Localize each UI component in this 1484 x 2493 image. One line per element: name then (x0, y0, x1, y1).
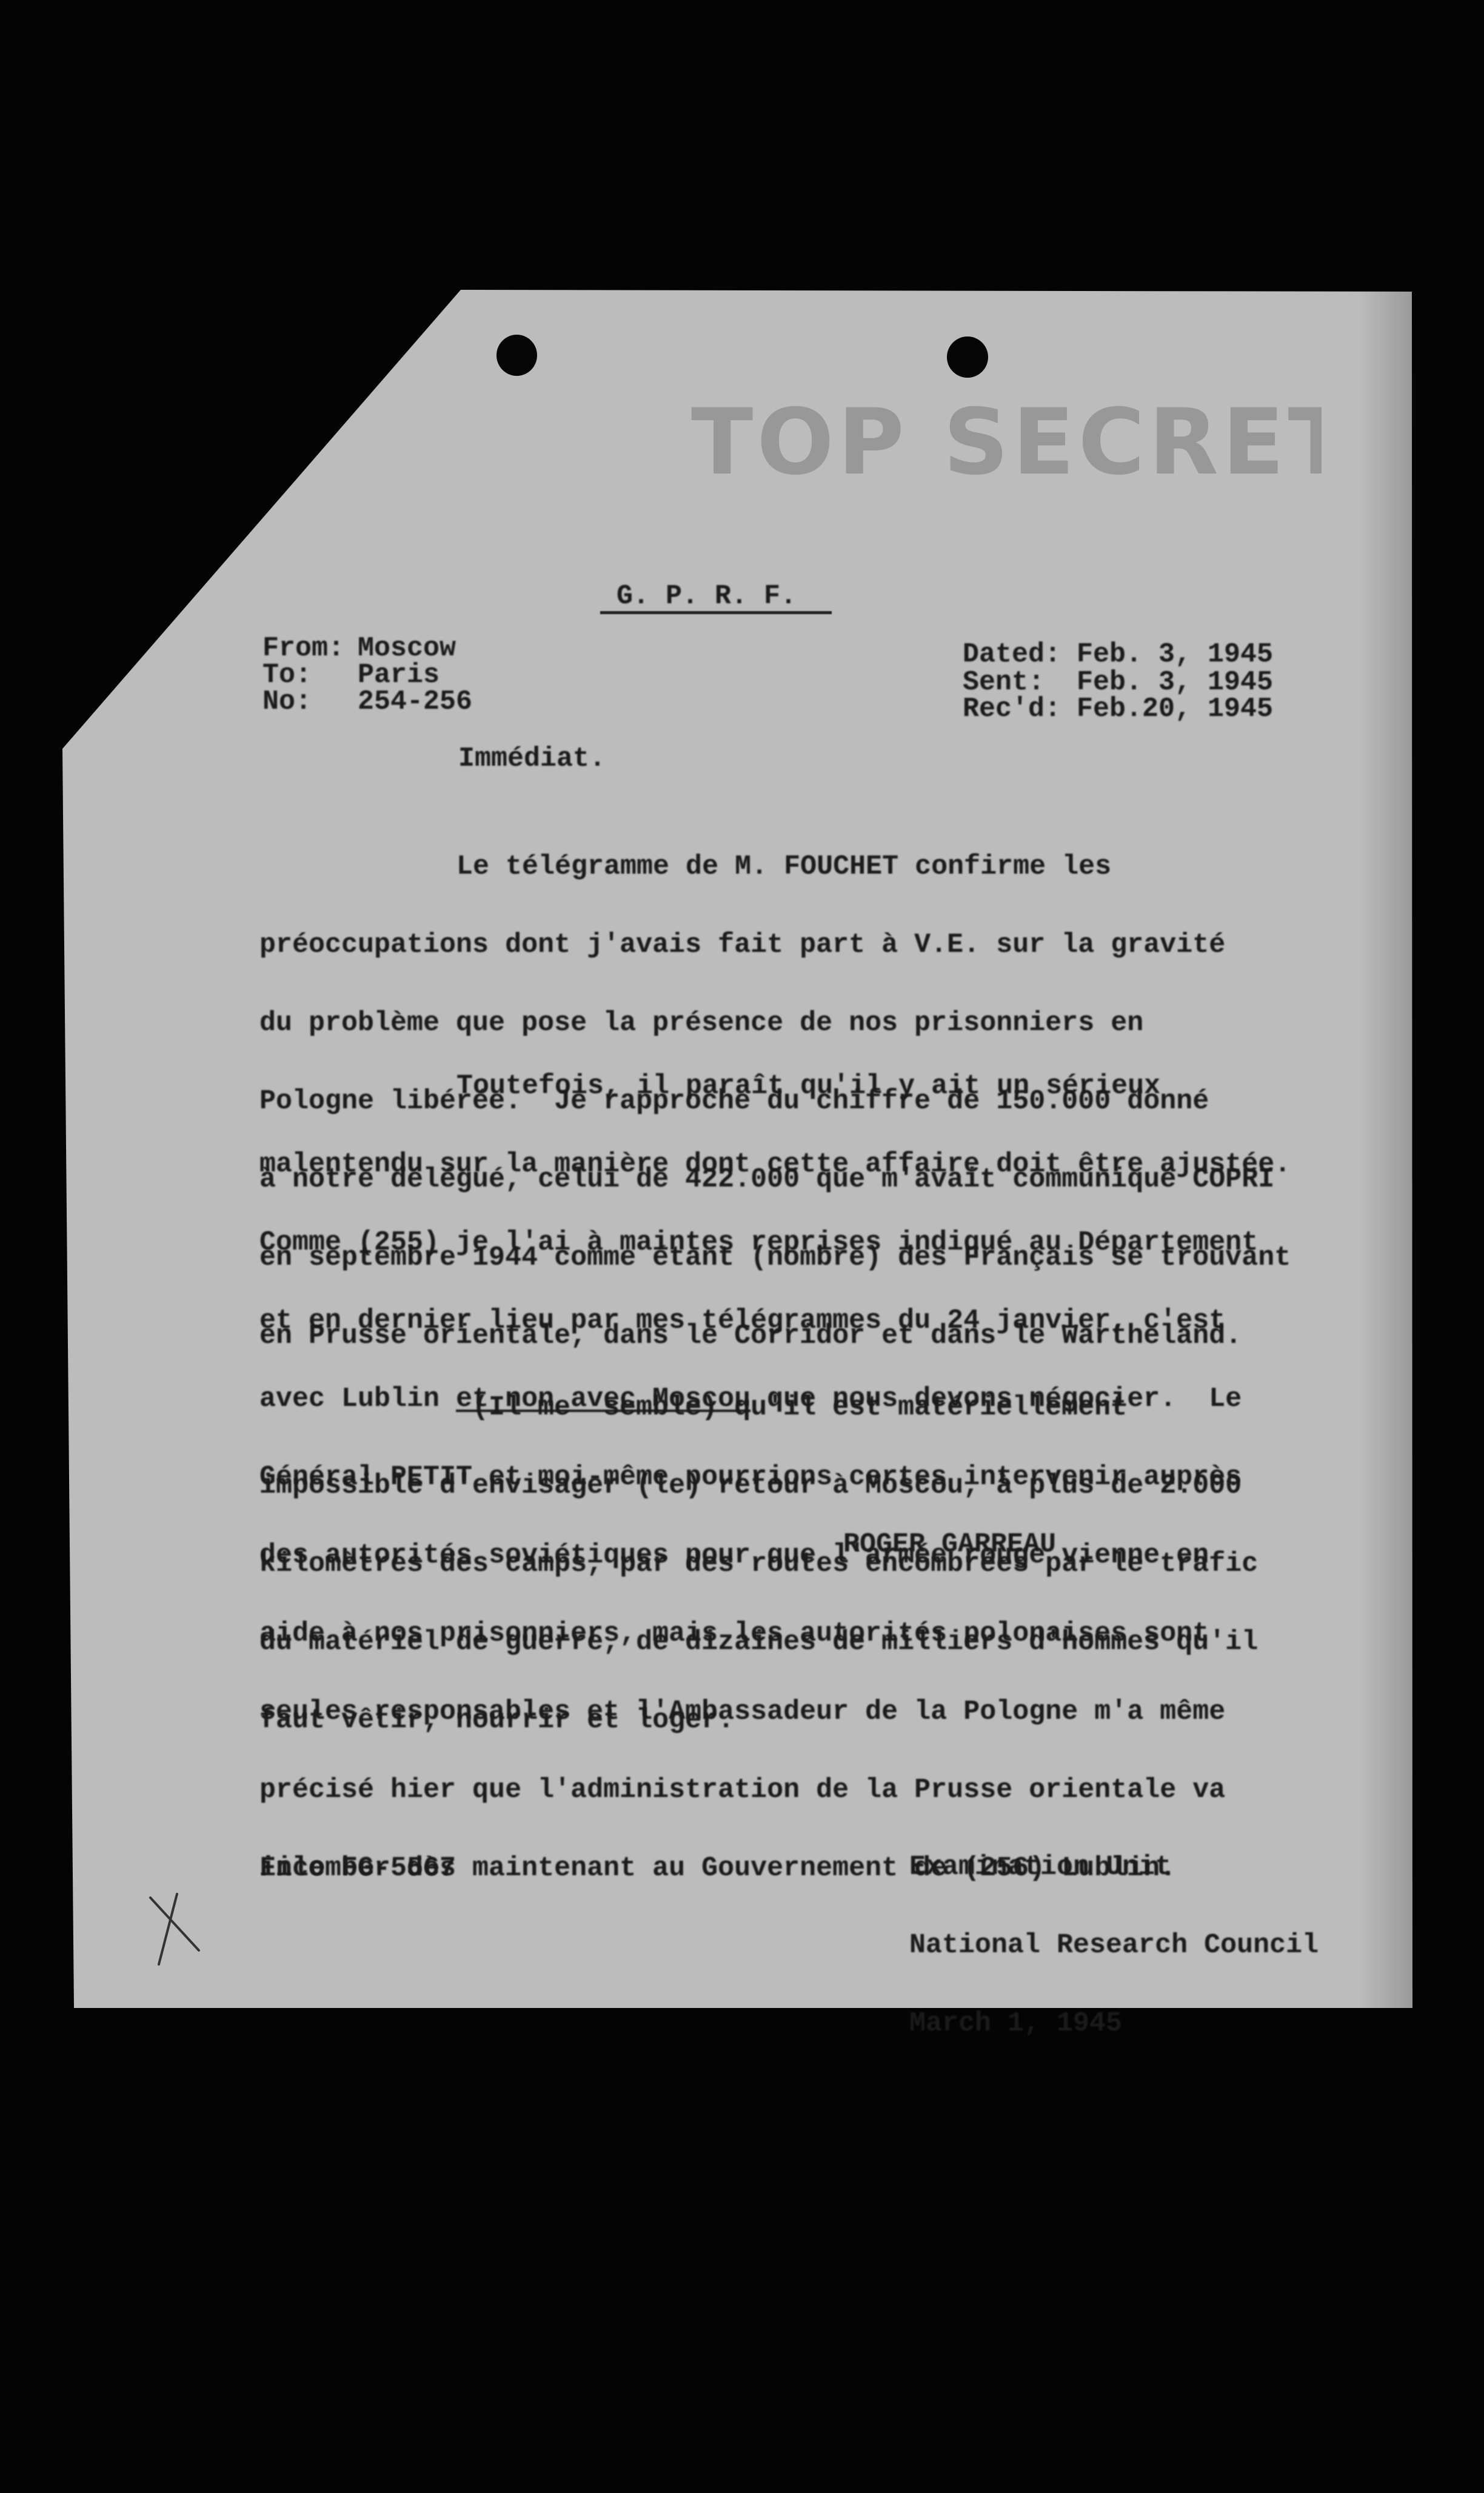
header-from-value: Moscow (358, 635, 456, 661)
text-line: Toutefois, il paraît qu'il y ait un séri… (259, 1073, 1291, 1099)
header-to-value: Paris (358, 662, 440, 688)
punch-hole-right (947, 336, 988, 378)
header-to-label: To: (262, 662, 312, 688)
header-sent-label: Sent: (963, 669, 1044, 695)
handwritten-x-mark (145, 1893, 206, 1969)
signature: ROGER GARREAU (843, 1531, 1056, 1558)
text-line: précisé hier que l'administration de la … (259, 1777, 1291, 1803)
header-from-label: From: (262, 635, 344, 661)
punch-hole-left (496, 335, 537, 376)
text-line: Comme (255) je l'ai à maintes reprises i… (259, 1230, 1291, 1256)
footer-line: Examination Unit (909, 1854, 1319, 1880)
text-line: malentendu sur la manière dont cette aff… (259, 1151, 1291, 1177)
text-line: (Il me semble) qu'il est matériellement (259, 1394, 1258, 1421)
text-line: du matériel de guerre, de dizaines de mi… (259, 1629, 1258, 1655)
header-no-value: 254-256 (358, 689, 472, 715)
text-line: Le télégramme de M. FOUCHET confirme les (259, 854, 1291, 880)
footer-line: March 1, 1945 (909, 2010, 1319, 2036)
page-edge-shadow (1358, 292, 1412, 2008)
header-recd-label: Rec'd: (963, 696, 1061, 722)
priority-label: Immédiat. (458, 746, 606, 772)
footer-line: National Research Council (909, 1932, 1319, 1958)
paragraph-3: (Il me semble) qu'il est matériellement … (259, 1342, 1258, 1759)
document-title: G. P. R. F. (617, 583, 797, 609)
file-reference: File FG-5567 (259, 1855, 456, 1881)
header-no-label: No: (262, 689, 312, 715)
header-dated-label: Dated: (963, 641, 1061, 668)
text-line: impossible d'envisager (le) retour à Mos… (259, 1473, 1258, 1499)
header-recd-value: Feb.20, 1945 (1077, 696, 1273, 722)
title-underline (600, 611, 832, 614)
header-dated-value: Feb. 3, 1945 (1077, 641, 1273, 668)
text-line: kilomètres des camps, par des routes enc… (259, 1551, 1258, 1577)
text-line: faut vêtir, nourrir et loger. (259, 1707, 1258, 1733)
header-sent-value: Feb. 3, 1945 (1077, 669, 1273, 695)
top-secret-stamp: TOP SECRET (691, 397, 1322, 488)
footer-unit: Examination Unit National Research Counc… (909, 1802, 1319, 2063)
text-line: et en dernier lieu par mes télégrammes d… (259, 1308, 1291, 1334)
text-line: préoccupations dont j'avais fait part à … (259, 932, 1291, 958)
